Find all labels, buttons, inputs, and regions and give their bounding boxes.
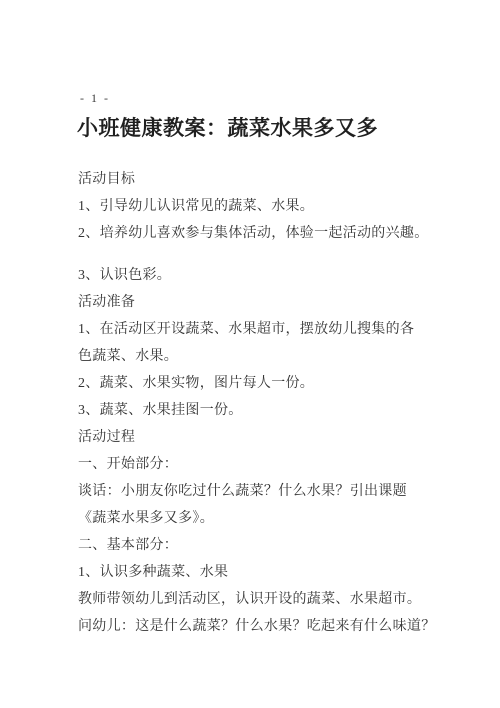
document-title: 小班健康教案：蔬菜水果多又多: [77, 112, 378, 142]
body-line: 3、认识色彩。: [78, 262, 446, 289]
body-line-activity-goals-heading: 活动目标: [78, 166, 446, 193]
body-line: 1、引导幼儿认识常见的蔬菜、水果。: [78, 193, 446, 220]
body-line: 3、蔬菜、水果挂图一份。: [78, 397, 446, 424]
body-line-activity-process-heading: 活动过程: [78, 424, 446, 451]
body-line: 2、培养幼儿喜欢参与集体活动，体验一起活动的兴趣。: [78, 220, 446, 247]
body-line: 二、基本部分：: [78, 532, 446, 559]
document-body: 活动目标 1、引导幼儿认识常见的蔬菜、水果。 2、培养幼儿喜欢参与集体活动，体验…: [78, 166, 446, 640]
body-line: 《蔬菜水果多又多》。: [78, 505, 446, 532]
body-line: 谈话：小朋友你吃过什么蔬菜？什么水果？引出课题: [78, 478, 446, 505]
body-line: 一、开始部分：: [78, 451, 446, 478]
body-line: 2、蔬菜、水果实物，图片每人一份。: [78, 370, 446, 397]
body-line: 问幼儿：这是什么蔬菜？什么水果？吃起来有什么味道？: [78, 613, 446, 640]
body-line: 1、在活动区开设蔬菜、水果超市，摆放幼儿搜集的各: [78, 316, 446, 343]
body-line: 教师带领幼儿到活动区，认识开设的蔬菜、水果超市。: [78, 586, 446, 613]
body-line: 色蔬菜、水果。: [78, 343, 446, 370]
page-number: - 1 -: [80, 91, 110, 106]
body-line-activity-preparation-heading: 活动准备: [78, 289, 446, 316]
document-page: - 1 - 小班健康教案：蔬菜水果多又多 活动目标 1、引导幼儿认识常见的蔬菜、…: [0, 0, 500, 708]
body-line: 1、认识多种蔬菜、水果: [78, 559, 446, 586]
